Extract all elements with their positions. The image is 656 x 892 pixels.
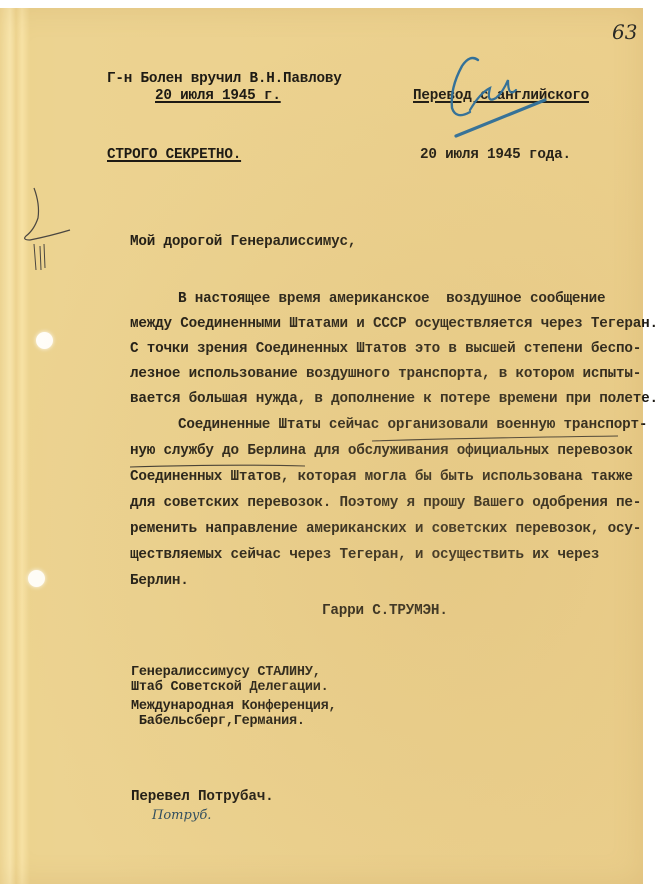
margin-pencil-mark-icon [0, 8, 643, 884]
document-page: 63 Г-н Болен вручил В.Н.Павлову 20 июля … [0, 8, 643, 884]
